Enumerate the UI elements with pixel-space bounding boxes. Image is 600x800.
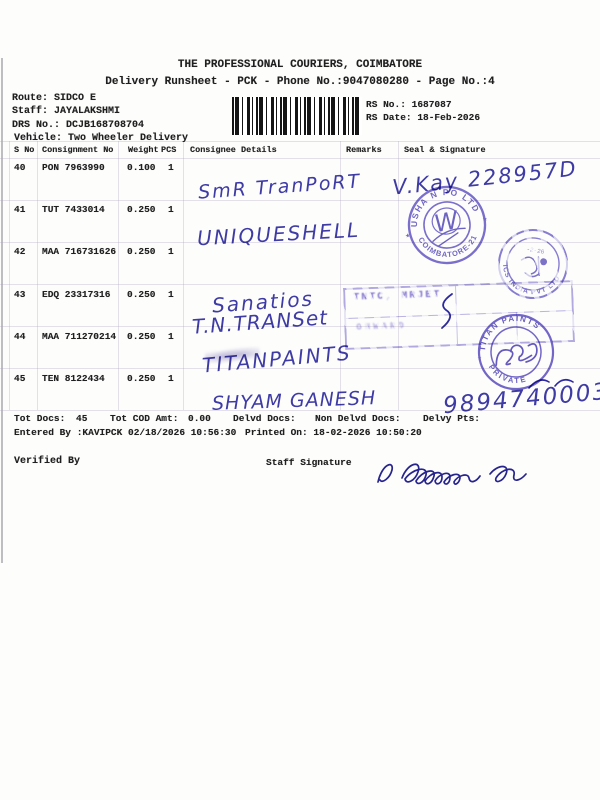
hw-consignee-row41: UNIQUESHELL: [196, 218, 360, 251]
route-label: Route:: [12, 93, 48, 104]
route-value: SIDCO E: [54, 93, 96, 104]
cell-pcs: 1: [168, 289, 174, 300]
cell-pcs: 1: [168, 162, 174, 173]
cell-pcs: 1: [168, 204, 174, 215]
rs-barcode: [232, 97, 362, 135]
col-header-consignment: Consignment No: [42, 145, 113, 155]
grid-line: [9, 141, 10, 410]
printed-on-line: Printed On: 18-02-2026 10:50:20: [245, 427, 422, 438]
tot-cod-label: Tot COD Amt:: [110, 413, 178, 424]
route-line: Route: SIDCO E: [12, 93, 96, 104]
stamp-tntc-line2: ONWARD: [356, 321, 407, 333]
star-icon: ★: [477, 355, 483, 363]
col-header-remarks: Remarks: [346, 145, 382, 155]
staff-signature-label: Staff Signature: [266, 457, 352, 468]
rs-date-value: 18-Feb-2026: [417, 112, 480, 123]
vehicle-value: Two Wheeler Delivery: [68, 133, 188, 144]
tot-docs-value: 45: [76, 413, 87, 424]
cell-pcs: 1: [168, 246, 174, 257]
scanned-runsheet-page: THE PROFESSIONAL COURIERS, COIMBATORE De…: [0, 0, 600, 800]
cell-pcs: 1: [168, 331, 174, 342]
drs-no-value: DCJB168708704: [66, 120, 144, 131]
hw-tick-scribble: [432, 292, 458, 332]
stamp-tntc-line1: TNTC, MRJET: [353, 290, 441, 304]
col-header-weight: Weight: [128, 145, 159, 155]
cell-sno: 45: [14, 373, 25, 384]
cell-consignment: MAA 716731626: [42, 246, 116, 257]
grid-line: [118, 141, 119, 410]
grid-line: [0, 200, 600, 201]
rs-date-label: RS Date:: [366, 112, 412, 123]
star-icon: ★: [482, 215, 489, 225]
col-header-sno: S No: [14, 145, 34, 155]
drs-no-line: DRS No.: DCJB168708704: [12, 120, 144, 131]
scan-edge-artifact: [1, 58, 3, 563]
cell-consignment: EDQ 23317316: [42, 289, 110, 300]
col-header-consignee: Consignee Details: [190, 145, 277, 155]
stamp-ics-date: -2-26: [526, 246, 545, 256]
hw-consignee-row40: SmR TranPoRT: [197, 170, 361, 203]
tot-docs-label: Tot Docs:: [14, 413, 65, 424]
hw-consignee-row44: TITANPAINTS: [201, 341, 352, 378]
staff-label: Staff:: [12, 106, 48, 117]
entered-by-line: Entered By :KAVIPCK 02/18/2026 10:56:30: [14, 427, 236, 438]
cell-consignment: TUT 7433014: [42, 204, 105, 215]
vehicle-line: Vehicle: Two Wheeler Delivery: [14, 133, 188, 144]
cell-pcs: 1: [168, 373, 174, 384]
staff-value: JAYALAKSHMI: [54, 106, 120, 117]
non-delvd-docs-label: Non Delvd Docs:: [315, 413, 401, 424]
cell-sno: 44: [14, 331, 25, 342]
hw-flourish: [525, 372, 585, 394]
col-header-seal: Seal & Signature: [404, 145, 486, 155]
drs-no-label: DRS No.:: [12, 120, 60, 131]
col-header-pcs: PCS: [161, 145, 176, 155]
cell-weight: 0.250: [127, 204, 156, 215]
staff-line: Staff: JAYALAKSHMI: [12, 106, 120, 117]
doc-subtitle: Delivery Runsheet - PCK - Phone No.:9047…: [0, 76, 600, 88]
cell-consignment: MAA 711270214: [42, 331, 116, 342]
grid-line: [183, 141, 184, 410]
rs-no-value: 1687087: [412, 99, 452, 110]
cell-sno: 41: [14, 204, 25, 215]
cell-sno: 42: [14, 246, 25, 257]
cell-sno: 43: [14, 289, 25, 300]
stamp-titan-top-text: TITAN PAINTS: [475, 311, 545, 352]
tot-cod-value: 0.00: [188, 413, 211, 424]
verified-by-label: Verified By: [14, 456, 80, 467]
grid-line: [37, 141, 38, 410]
delvd-docs-label: Delvd Docs:: [233, 413, 296, 424]
cell-consignment: PON 7963990: [42, 162, 105, 173]
doc-title: THE PROFESSIONAL COURIERS, COIMBATORE: [0, 59, 600, 71]
grid-line: [0, 158, 600, 159]
rs-date-line: RS Date: 18-Feb-2026: [366, 112, 480, 123]
cell-consignment: TEN 8122434: [42, 373, 105, 384]
cell-weight: 0.250: [127, 331, 156, 342]
staff-signature-scribble: [372, 448, 552, 496]
cell-weight: 0.250: [127, 246, 156, 257]
svg-text:TITAN PAINTS: TITAN PAINTS: [475, 311, 545, 352]
rs-no-label: RS No.:: [366, 99, 406, 110]
cell-weight: 0.250: [127, 289, 156, 300]
cell-weight: 0.100: [127, 162, 156, 173]
cell-sno: 40: [14, 162, 25, 173]
rs-no-line: RS No.: 1687087: [366, 99, 452, 110]
vehicle-label: Vehicle:: [14, 133, 62, 144]
cell-weight: 0.250: [127, 373, 156, 384]
